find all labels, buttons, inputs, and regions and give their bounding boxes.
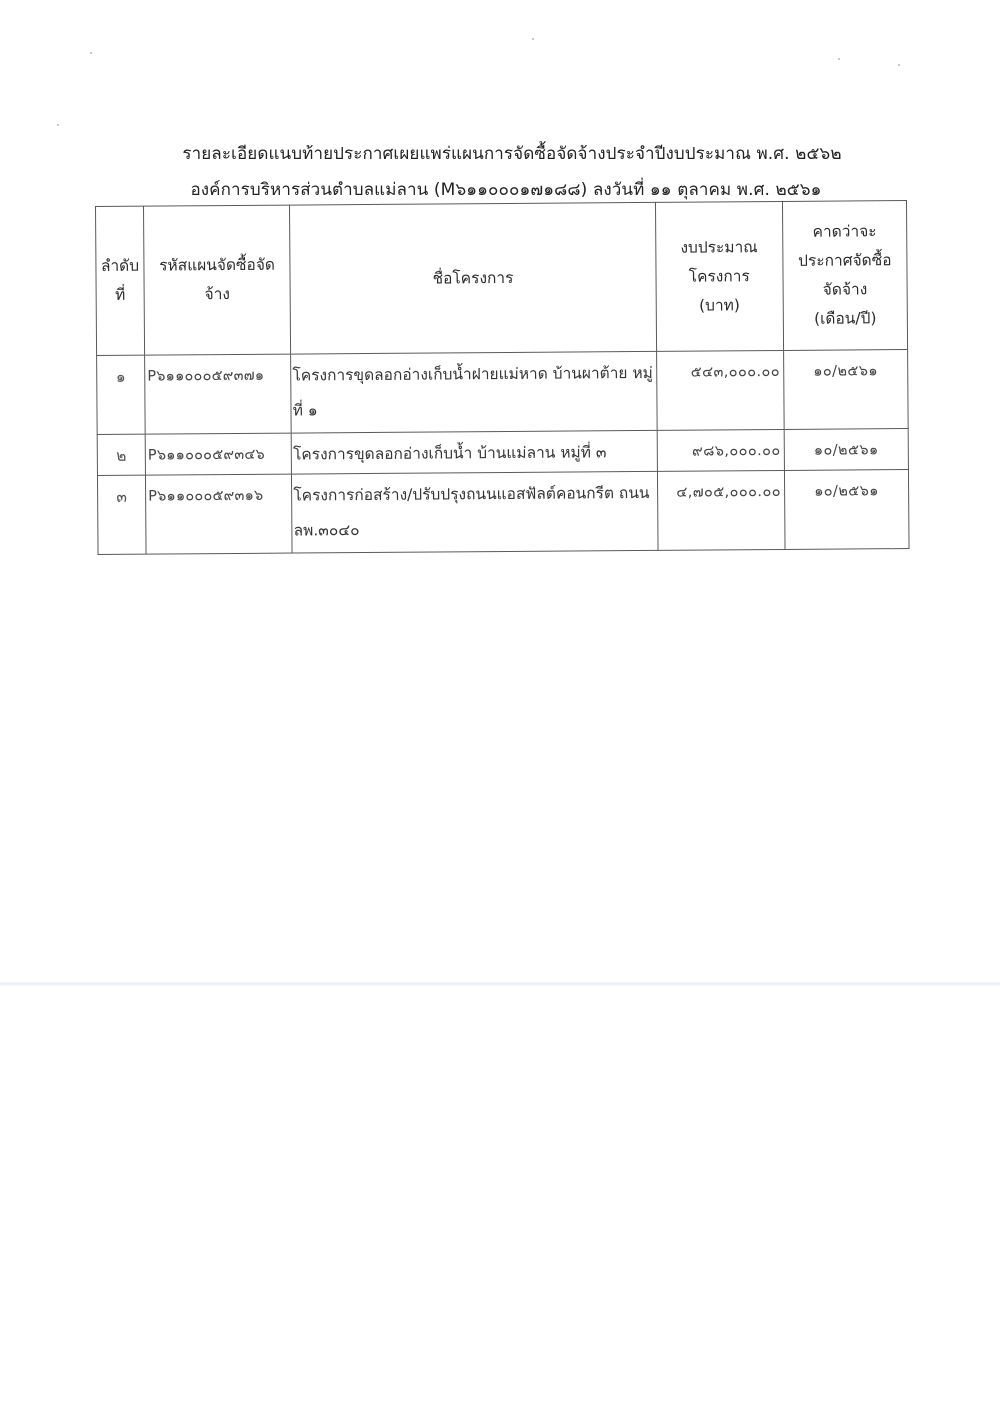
announce-date: ๑๐/๒๕๖๑ <box>783 350 908 430</box>
header-no-line-1: ลำดับ <box>96 252 143 281</box>
scan-speck <box>90 52 92 54</box>
plan-code: P๖๑๑๐๐๐๕๙๓๑๖ <box>146 474 293 554</box>
project-name: โครงการขุดลอกอ่างเก็บน้ำ บ้านแม่ลาน หมู่… <box>291 430 657 474</box>
header-no: ลำดับ ที่ <box>96 206 145 355</box>
project-budget: ๔,๗๐๕,๐๐๐.๐๐ <box>657 470 785 550</box>
header-date-line-4: (เดือน/ปี) <box>784 304 907 334</box>
document-title: รายละเอียดแนบท้ายประกาศเผยแพร่แผนการจัดซ… <box>12 140 1000 167</box>
header-project-name: ชื่อโครงการ <box>290 202 657 354</box>
header-date-line-3: จัดจ้าง <box>783 275 906 305</box>
header-plan-code: รหัสแผนจัดซื้อจัด จ้าง <box>144 205 291 355</box>
header-budget-line-1: งบประมาณ <box>656 232 782 262</box>
table-header-row: ลำดับ ที่ รหัสแผนจัดซื้อจัด จ้าง ชื่อโคร… <box>96 201 908 356</box>
scan-speck <box>57 124 59 126</box>
project-budget: ๕๔๓,๐๐๐.๐๐ <box>656 350 784 430</box>
project-name: โครงการขุดลอกอ่างเก็บน้ำฝายแม่หาด บ้านผา… <box>291 351 657 433</box>
announce-date: ๑๐/๒๕๖๑ <box>784 429 908 471</box>
header-date-line-2: ประกาศจัดซื้อ <box>783 246 906 276</box>
table-row: ๓ P๖๑๑๐๐๐๕๙๓๑๖ โครงการก่อสร้าง/ปรับปรุงถ… <box>97 470 909 555</box>
header-code-line-1: รหัสแผนจัดซื้อจัด <box>144 251 289 281</box>
project-name: โครงการก่อสร้าง/ปรับปรุงถนนแอสฟัลต์คอนกร… <box>292 471 658 553</box>
procurement-plan-table: ลำดับ ที่ รหัสแผนจัดซื้อจัด จ้าง ชื่อโคร… <box>95 200 910 555</box>
table-row: ๒ P๖๑๑๐๐๐๕๙๓๔๖ โครงการขุดลอกอ่างเก็บน้ำ … <box>97 429 908 476</box>
header-no-line-2: ที่ <box>97 281 144 310</box>
scanned-document-page: รายละเอียดแนบท้ายประกาศเผยแพร่แผนการจัดซ… <box>0 0 1000 1414</box>
table-row: ๑ P๖๑๑๐๐๐๕๙๓๗๑ โครงการขุดลอกอ่างเก็บน้ำฝ… <box>97 350 909 435</box>
announce-date: ๑๐/๒๕๖๑ <box>784 470 909 550</box>
plan-code: P๖๑๑๐๐๐๕๙๓๗๑ <box>145 354 292 434</box>
header-code-line-2: จ้าง <box>145 280 290 310</box>
row-number: ๒ <box>97 434 145 475</box>
scan-speck <box>838 58 840 60</box>
row-number: ๑ <box>97 355 146 434</box>
header-budget: งบประมาณ โครงการ (บาท) <box>655 201 783 351</box>
header-announce-date: คาดว่าจะ ประกาศจัดซื้อ จัดจ้าง (เดือน/ปี… <box>782 201 907 351</box>
header-budget-line-3: (บาท) <box>656 290 782 320</box>
row-number: ๓ <box>97 475 146 554</box>
scan-artifact-line <box>0 982 1000 986</box>
document-subtitle: องค์การบริหารส่วนตำบลแม่ลาน (M๖๑๑๐๐๐๑๗๑๘… <box>6 176 1000 203</box>
plan-code: P๖๑๑๐๐๐๕๙๓๔๖ <box>145 433 291 475</box>
scan-speck <box>898 64 900 66</box>
project-budget: ๙๘๖,๐๐๐.๐๐ <box>657 429 784 471</box>
scan-speck <box>532 38 534 40</box>
header-name-line-1: ชื่อโครงการ <box>291 262 656 294</box>
header-date-line-1: คาดว่าจะ <box>783 217 906 247</box>
header-budget-line-2: โครงการ <box>656 261 782 291</box>
